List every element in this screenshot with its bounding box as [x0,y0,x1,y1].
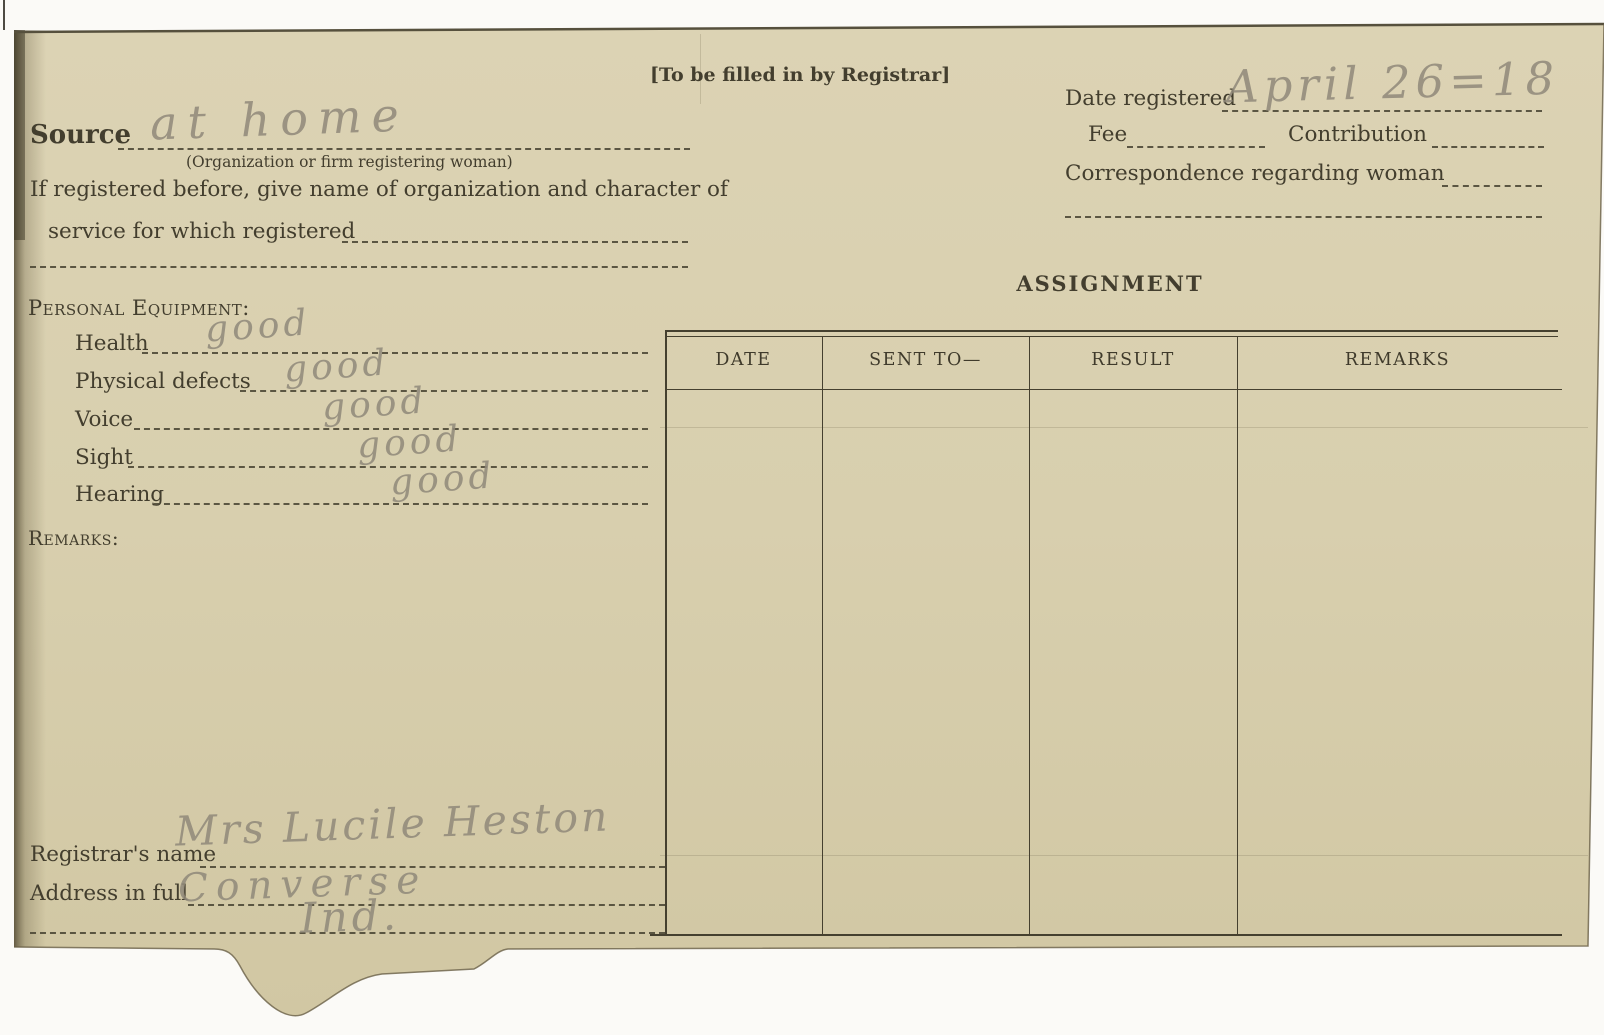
scan-edge-line [3,0,5,30]
address-state-handwriting: Ind. [299,890,401,942]
assignment-title: ASSIGNMENT [965,271,1255,296]
field-label-hearing: Hearing [75,482,164,507]
registered-before-line2: service for which registered [48,219,355,244]
registered-before-line1: If registered before, give name of organ… [30,177,728,202]
source-label: Source [30,120,131,150]
field-line-health [142,352,648,354]
field-line-physical-defects [240,390,648,392]
table-header-underline [665,389,1562,390]
fee-line [1127,146,1265,148]
contribution-line [1432,146,1544,148]
table-divider-1 [822,337,823,936]
field-label-physical-defects: Physical defects [75,369,251,394]
gutter-dark-blotch [14,30,25,240]
correspondence-line [1442,185,1542,187]
column-header-sent-to: SENT TO— [822,350,1029,370]
paper-crease [660,427,1588,428]
table-bottom-rule [650,934,1562,936]
column-header-result: RESULT [1029,350,1237,370]
health-value-handwriting: good [204,302,312,350]
column-header-remarks: REMARKS [1237,350,1558,370]
source-handwriting: at home [149,88,409,151]
table-top-rule [665,330,1558,332]
scanned-registration-card: [To be filled in by Registrar] Date regi… [0,0,1604,1035]
field-label-health: Health [75,331,149,356]
paper-crease [660,855,1588,856]
contribution-label: Contribution [1288,122,1427,147]
field-label-voice: Voice [75,407,133,432]
date-registered-label: Date registered [1065,86,1236,111]
remarks-label: Remarks: [28,526,119,550]
source-caption: (Organization or firm registering woman) [186,153,513,171]
correspondence-label: Correspondence regarding woman [1065,161,1445,186]
date-registered-handwriting: April 26=18 [1225,52,1559,114]
field-line-hearing [154,503,648,505]
hearing-value-handwriting: good [389,455,497,503]
registered-before-line-2 [30,266,688,268]
fee-label: Fee [1088,122,1127,147]
registered-before-line [342,241,688,243]
registrar-note: [To be filled in by Registrar] [650,64,950,86]
column-header-date: DATE [665,350,822,370]
table-divider-3 [1237,337,1238,936]
correspondence-line-2 [1065,216,1542,218]
address-label: Address in full [30,881,188,906]
field-label-sight: Sight [75,445,133,470]
table-divider-2 [1029,337,1030,936]
table-top-rule-2 [665,336,1558,337]
table-left-border [665,330,667,936]
